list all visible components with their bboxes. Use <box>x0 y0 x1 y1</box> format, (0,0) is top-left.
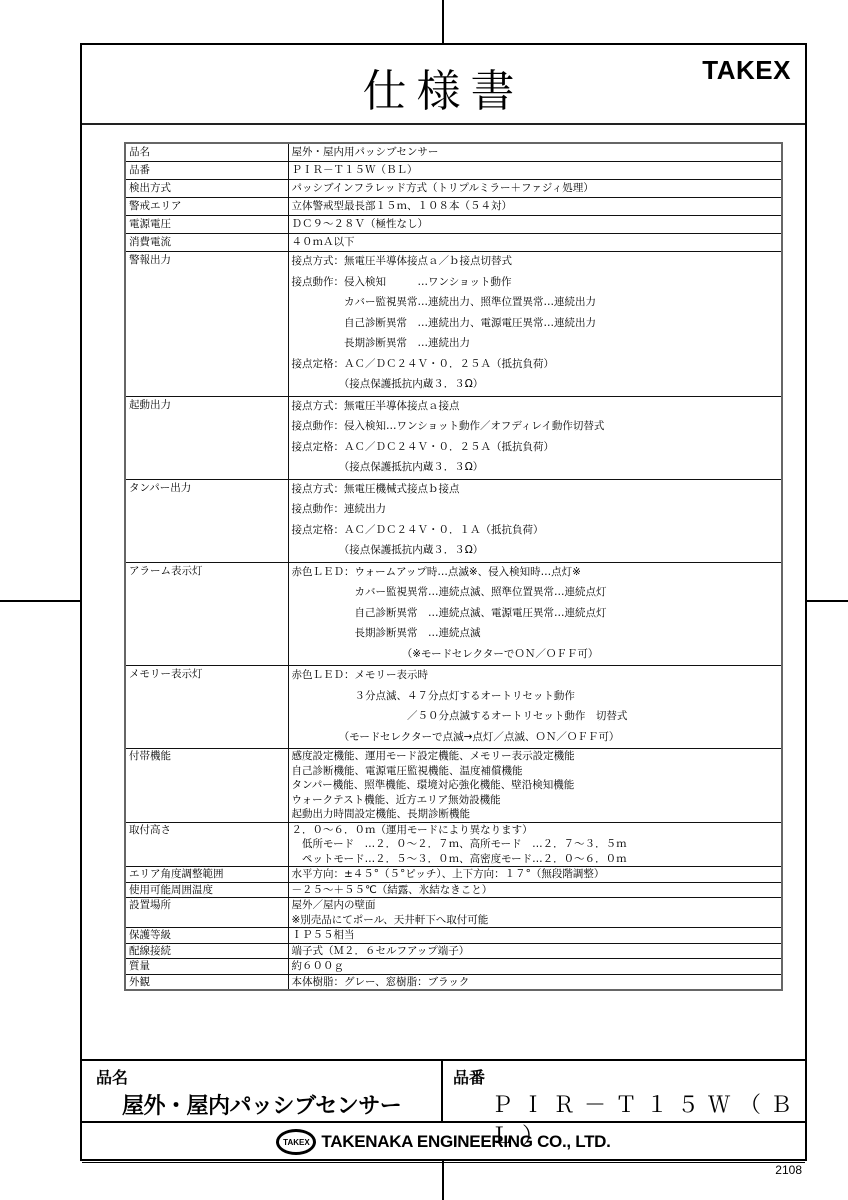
spec-value-line: （接点保護抵抗内蔵３．３Ω） <box>292 458 779 479</box>
spec-value: 約６００ｇ <box>288 959 782 975</box>
spec-label: 消費電流 <box>125 234 288 252</box>
spec-value-line: カバー監視異常…連続点滅、照準位置異常…連続点灯 <box>292 583 779 604</box>
spec-label: 外観 <box>125 974 288 990</box>
table-row: 使用可能周囲温度－２５～＋５５℃（結露、氷結なきこと） <box>125 882 782 898</box>
spec-label-text: 起動出力 <box>129 397 285 414</box>
spec-value-line: ウォークテスト機能、近方エリア無効設機能 <box>292 793 779 808</box>
spec-value-line: 接点方式：無電圧機械式接点ｂ接点 <box>292 480 779 501</box>
table-row: 保護等級ＩＰ５５相当 <box>125 928 782 944</box>
spec-label-text: エリア角度調整範囲 <box>129 867 285 882</box>
table-row: 警報出力接点方式：無電圧半導体接点ａ／ｂ接点切替式接点動作：侵入検知 …ワンショ… <box>125 252 782 397</box>
table-row: 質量約６００ｇ <box>125 959 782 975</box>
spec-value-line: （※モードセレクターでＯＮ／ＯＦＦ可） <box>292 645 779 666</box>
product-name-value: 屋外・屋内パッシブセンサー <box>122 1089 401 1120</box>
spec-label: メモリー表示灯 <box>125 666 288 749</box>
brand-logo: TAKEX <box>702 55 791 86</box>
spec-value: ４０ｍＡ以下 <box>288 234 782 252</box>
spec-value-line: 自己診断異常 …連続出力、電源電圧異常…連続出力 <box>292 314 779 335</box>
spec-value-line: 接点方式：無電圧半導体接点ａ／ｂ接点切替式 <box>292 252 779 273</box>
spec-value-line: 低所モード …２．０～２．７ｍ、高所モード …２．７～３．５ｍ <box>292 837 779 852</box>
company-mark: TAKEX TAKENAKA ENGINEERING CO., LTD. <box>276 1129 610 1155</box>
spec-value-line: －２５～＋５５℃（結露、氷結なきこと） <box>292 883 779 898</box>
takex-oval-logo-icon: TAKEX <box>276 1129 316 1155</box>
product-name-label: 品名 <box>96 1065 128 1088</box>
spec-label: 付帯機能 <box>125 749 288 823</box>
spec-label: 電源電圧 <box>125 216 288 234</box>
table-row: 配線接続端子式（Ｍ２．６セルフアップ端子） <box>125 943 782 959</box>
spec-value-line: ※別売品にてポール、天井軒下へ取付可能 <box>292 913 779 928</box>
spec-value-line: 起動出力時間設定機能、長期診断機能 <box>292 807 779 822</box>
spec-value-line: ＤＣ９～２８Ｖ（極性なし） <box>292 216 779 233</box>
spec-value-line: 接点動作：侵入検知…ワンショット動作／オフディレイ動作切替式 <box>292 417 779 438</box>
title-block-company-row: TAKEX TAKENAKA ENGINEERING CO., LTD. <box>82 1123 805 1163</box>
spec-value: －２５～＋５５℃（結露、氷結なきこと） <box>288 882 782 898</box>
spec-label: アラーム表示灯 <box>125 562 288 666</box>
spec-value: 接点方式：無電圧半導体接点ａ／ｂ接点切替式接点動作：侵入検知 …ワンショット動作… <box>288 252 782 397</box>
spec-value-line: （モードセレクターで点滅→点灯／点滅、ＯＮ／ＯＦＦ可） <box>292 728 779 749</box>
table-row: 起動出力接点方式：無電圧半導体接点ａ接点接点動作：侵入検知…ワンショット動作／オ… <box>125 396 782 479</box>
table-row: 外観本体樹脂：グレー、窓樹脂：ブラック <box>125 974 782 990</box>
spec-value-line: 端子式（Ｍ２．６セルフアップ端子） <box>292 944 779 959</box>
spec-label-text: 品名 <box>129 144 285 161</box>
spec-label: 検出方式 <box>125 180 288 198</box>
spec-label-text: 警報出力 <box>129 252 285 269</box>
spec-value: 接点方式：無電圧機械式接点ｂ接点接点動作：連続出力接点定格：ＡＣ／ＤＣ２４Ｖ・０… <box>288 479 782 562</box>
spec-label-text: アラーム表示灯 <box>129 563 285 580</box>
table-row: 消費電流４０ｍＡ以下 <box>125 234 782 252</box>
spec-value-line: 長期診断異常 …連続点滅 <box>292 624 779 645</box>
spec-label: 質量 <box>125 959 288 975</box>
spec-label-text: タンパー出力 <box>129 480 285 497</box>
spec-value-line: ＰＩＲ－Ｔ１５Ｗ（ＢＬ） <box>292 162 779 179</box>
spec-value-line: 本体樹脂：グレー、窓樹脂：ブラック <box>292 975 779 990</box>
spec-label: 警報出力 <box>125 252 288 397</box>
spec-value: 立体警戒型最長部１５ｍ、１０８本（５４対） <box>288 198 782 216</box>
table-row: タンパー出力接点方式：無電圧機械式接点ｂ接点接点動作：連続出力接点定格：ＡＣ／Ｄ… <box>125 479 782 562</box>
spec-label-text: 外観 <box>129 975 285 990</box>
spec-label-text: 検出方式 <box>129 180 285 197</box>
spec-value: ＰＩＲ－Ｔ１５Ｗ（ＢＬ） <box>288 162 782 180</box>
spec-label: 配線接続 <box>125 943 288 959</box>
spec-label-text: 警戒エリア <box>129 198 285 215</box>
spec-value-line: 接点方式：無電圧半導体接点ａ接点 <box>292 397 779 418</box>
table-row: アラーム表示灯赤色ＬＥＤ：ウォームアップ時…点滅※、侵入検知時…点灯※ カバー監… <box>125 562 782 666</box>
product-code-label: 品番 <box>453 1065 485 1088</box>
crop-mark-bottom <box>442 1160 444 1200</box>
table-row: エリア角度調整範囲水平方向：±４５°（５°ピッチ）、上下方向：１７°（無段階調整… <box>125 867 782 883</box>
spec-value: 感度設定機能、運用モード設定機能、メモリー表示設定機能自己診断機能、電源電圧監視… <box>288 749 782 823</box>
spec-value-line: 水平方向：±４５°（５°ピッチ）、上下方向：１７°（無段階調整） <box>292 867 779 882</box>
spec-value-line: ／５０分点滅するオートリセット動作 切替式 <box>292 707 779 728</box>
spec-label-text: メモリー表示灯 <box>129 666 285 683</box>
product-name-cell: 品名 屋外・屋内パッシブセンサー <box>82 1061 443 1123</box>
spec-value-line: ３分点滅、４７分点灯するオートリセット動作 <box>292 687 779 708</box>
spec-value: 水平方向：±４５°（５°ピッチ）、上下方向：１７°（無段階調整） <box>288 867 782 883</box>
spec-value-line: ２．０～６．０ｍ（運用モードにより異なります） <box>292 823 779 838</box>
title-block-product-row: 品名 屋外・屋内パッシブセンサー 品番 ＰＩＲ－Ｔ１５Ｗ（ＢＬ） <box>82 1059 805 1123</box>
spec-value-line: ペットモード…２．５～３．０ｍ、高密度モード…２．０～６．０ｍ <box>292 852 779 867</box>
spec-value-line: ＩＰ５５相当 <box>292 928 779 943</box>
spec-value: 接点方式：無電圧半導体接点ａ接点接点動作：侵入検知…ワンショット動作／オフディレ… <box>288 396 782 479</box>
spec-value: 赤色ＬＥＤ：メモリー表示時 ３分点滅、４７分点灯するオートリセット動作 ／５０分… <box>288 666 782 749</box>
table-row: 検出方式パッシブインフラレッド方式（トリプルミラー＋ファジィ処理） <box>125 180 782 198</box>
spec-label: 警戒エリア <box>125 198 288 216</box>
table-row: 付帯機能感度設定機能、運用モード設定機能、メモリー表示設定機能自己診断機能、電源… <box>125 749 782 823</box>
table-row: 警戒エリア立体警戒型最長部１５ｍ、１０８本（５４対） <box>125 198 782 216</box>
spec-value-line: ４０ｍＡ以下 <box>292 234 779 251</box>
spec-value: ＩＰ５５相当 <box>288 928 782 944</box>
spec-label-text: 使用可能周囲温度 <box>129 883 285 898</box>
table-row: 設置場所屋外／屋内の壁面※別売品にてポール、天井軒下へ取付可能 <box>125 898 782 928</box>
spec-value-line: 赤色ＬＥＤ：ウォームアップ時…点滅※、侵入検知時…点灯※ <box>292 563 779 584</box>
spec-sheet-frame: 仕様書 TAKEX 品名屋外・屋内用パッシブセンサー品番ＰＩＲ－Ｔ１５Ｗ（ＢＬ）… <box>80 43 807 1161</box>
spec-value-line: 感度設定機能、運用モード設定機能、メモリー表示設定機能 <box>292 749 779 764</box>
spec-label: タンパー出力 <box>125 479 288 562</box>
spec-value-line: 赤色ＬＥＤ：メモリー表示時 <box>292 666 779 687</box>
title-block: 品名 屋外・屋内パッシブセンサー 品番 ＰＩＲ－Ｔ１５Ｗ（ＢＬ） TAKEX T… <box>82 1059 805 1163</box>
spec-value: 本体樹脂：グレー、窓樹脂：ブラック <box>288 974 782 990</box>
spec-value-line: 長期診断異常 …連続出力 <box>292 334 779 355</box>
spec-table-body: 品名屋外・屋内用パッシブセンサー品番ＰＩＲ－Ｔ１５Ｗ（ＢＬ）検出方式パッシブイン… <box>125 143 782 990</box>
spec-value-line: 自己診断異常 …連続点滅、電源電圧異常…連続点灯 <box>292 604 779 625</box>
crop-mark-top <box>442 0 444 44</box>
crop-mark-right <box>806 600 848 602</box>
spec-label: 品名 <box>125 143 288 162</box>
spec-value-line: 接点動作：連続出力 <box>292 500 779 521</box>
spec-label-text: 配線接続 <box>129 944 285 959</box>
spec-value-line: 自己診断機能、電源電圧監視機能、温度補償機能 <box>292 764 779 779</box>
spec-value-line: （接点保護抵抗内蔵３．３Ω） <box>292 541 779 562</box>
spec-value: 赤色ＬＥＤ：ウォームアップ時…点滅※、侵入検知時…点灯※ カバー監視異常…連続点… <box>288 562 782 666</box>
spec-value-line: 接点定格：ＡＣ／ＤＣ２４Ｖ・０．２５Ａ（抵抗負荷） <box>292 355 779 376</box>
page-title: 仕様書 <box>82 55 805 119</box>
spec-table: 品名屋外・屋内用パッシブセンサー品番ＰＩＲ－Ｔ１５Ｗ（ＢＬ）検出方式パッシブイン… <box>124 142 783 991</box>
sheet-header: 仕様書 TAKEX <box>82 45 805 125</box>
spec-label-text: 保護等級 <box>129 928 285 943</box>
spec-value: 端子式（Ｍ２．６セルフアップ端子） <box>288 943 782 959</box>
spec-value-line: 接点定格：ＡＣ／ＤＣ２４Ｖ・０．１Ａ（抵抗負荷） <box>292 521 779 542</box>
spec-label: エリア角度調整範囲 <box>125 867 288 883</box>
spec-label: 品番 <box>125 162 288 180</box>
table-row: 品名屋外・屋内用パッシブセンサー <box>125 143 782 162</box>
spec-value-line: 屋外・屋内用パッシブセンサー <box>292 144 779 161</box>
crop-mark-left <box>0 600 80 602</box>
company-name: TAKENAKA ENGINEERING CO., LTD. <box>321 1132 610 1152</box>
spec-value-line: 屋外／屋内の壁面 <box>292 898 779 913</box>
spec-label: 保護等級 <box>125 928 288 944</box>
table-row: 品番ＰＩＲ－Ｔ１５Ｗ（ＢＬ） <box>125 162 782 180</box>
spec-label-text: 付帯機能 <box>129 749 285 764</box>
table-row: 取付高さ２．０～６．０ｍ（運用モードにより異なります） 低所モード …２．０～２… <box>125 822 782 867</box>
product-code-cell: 品番 ＰＩＲ－Ｔ１５Ｗ（ＢＬ） <box>443 1061 805 1123</box>
spec-value-line: （接点保護抵抗内蔵３．３Ω） <box>292 375 779 396</box>
spec-value: ＤＣ９～２８Ｖ（極性なし） <box>288 216 782 234</box>
spec-value: ２．０～６．０ｍ（運用モードにより異なります） 低所モード …２．０～２．７ｍ、… <box>288 822 782 867</box>
spec-label-text: 質量 <box>129 959 285 974</box>
spec-label: 設置場所 <box>125 898 288 928</box>
spec-value-line: 接点動作：侵入検知 …ワンショット動作 <box>292 273 779 294</box>
spec-value: 屋外／屋内の壁面※別売品にてポール、天井軒下へ取付可能 <box>288 898 782 928</box>
spec-value-line: 立体警戒型最長部１５ｍ、１０８本（５４対） <box>292 198 779 215</box>
spec-label: 使用可能周囲温度 <box>125 882 288 898</box>
spec-value-line: タンパー機能、照準機能、環境対応強化機能、壁沿検知機能 <box>292 778 779 793</box>
spec-label-text: 消費電流 <box>129 234 285 251</box>
document-code: 2108 <box>775 1163 802 1177</box>
spec-value-line: 約６００ｇ <box>292 959 779 974</box>
spec-value-line: パッシブインフラレッド方式（トリプルミラー＋ファジィ処理） <box>292 180 779 197</box>
spec-value-line: カバー監視異常…連続出力、照準位置異常…連続出力 <box>292 293 779 314</box>
spec-label-text: 設置場所 <box>129 898 285 913</box>
table-row: メモリー表示灯赤色ＬＥＤ：メモリー表示時 ３分点滅、４７分点灯するオートリセット… <box>125 666 782 749</box>
spec-label-text: 品番 <box>129 162 285 179</box>
spec-value-line: 接点定格：ＡＣ／ＤＣ２４Ｖ・０．２５Ａ（抵抗負荷） <box>292 438 779 459</box>
spec-value: 屋外・屋内用パッシブセンサー <box>288 143 782 162</box>
spec-label-text: 取付高さ <box>129 823 285 838</box>
table-row: 電源電圧ＤＣ９～２８Ｖ（極性なし） <box>125 216 782 234</box>
spec-label: 起動出力 <box>125 396 288 479</box>
spec-label: 取付高さ <box>125 822 288 867</box>
spec-value: パッシブインフラレッド方式（トリプルミラー＋ファジィ処理） <box>288 180 782 198</box>
spec-label-text: 電源電圧 <box>129 216 285 233</box>
